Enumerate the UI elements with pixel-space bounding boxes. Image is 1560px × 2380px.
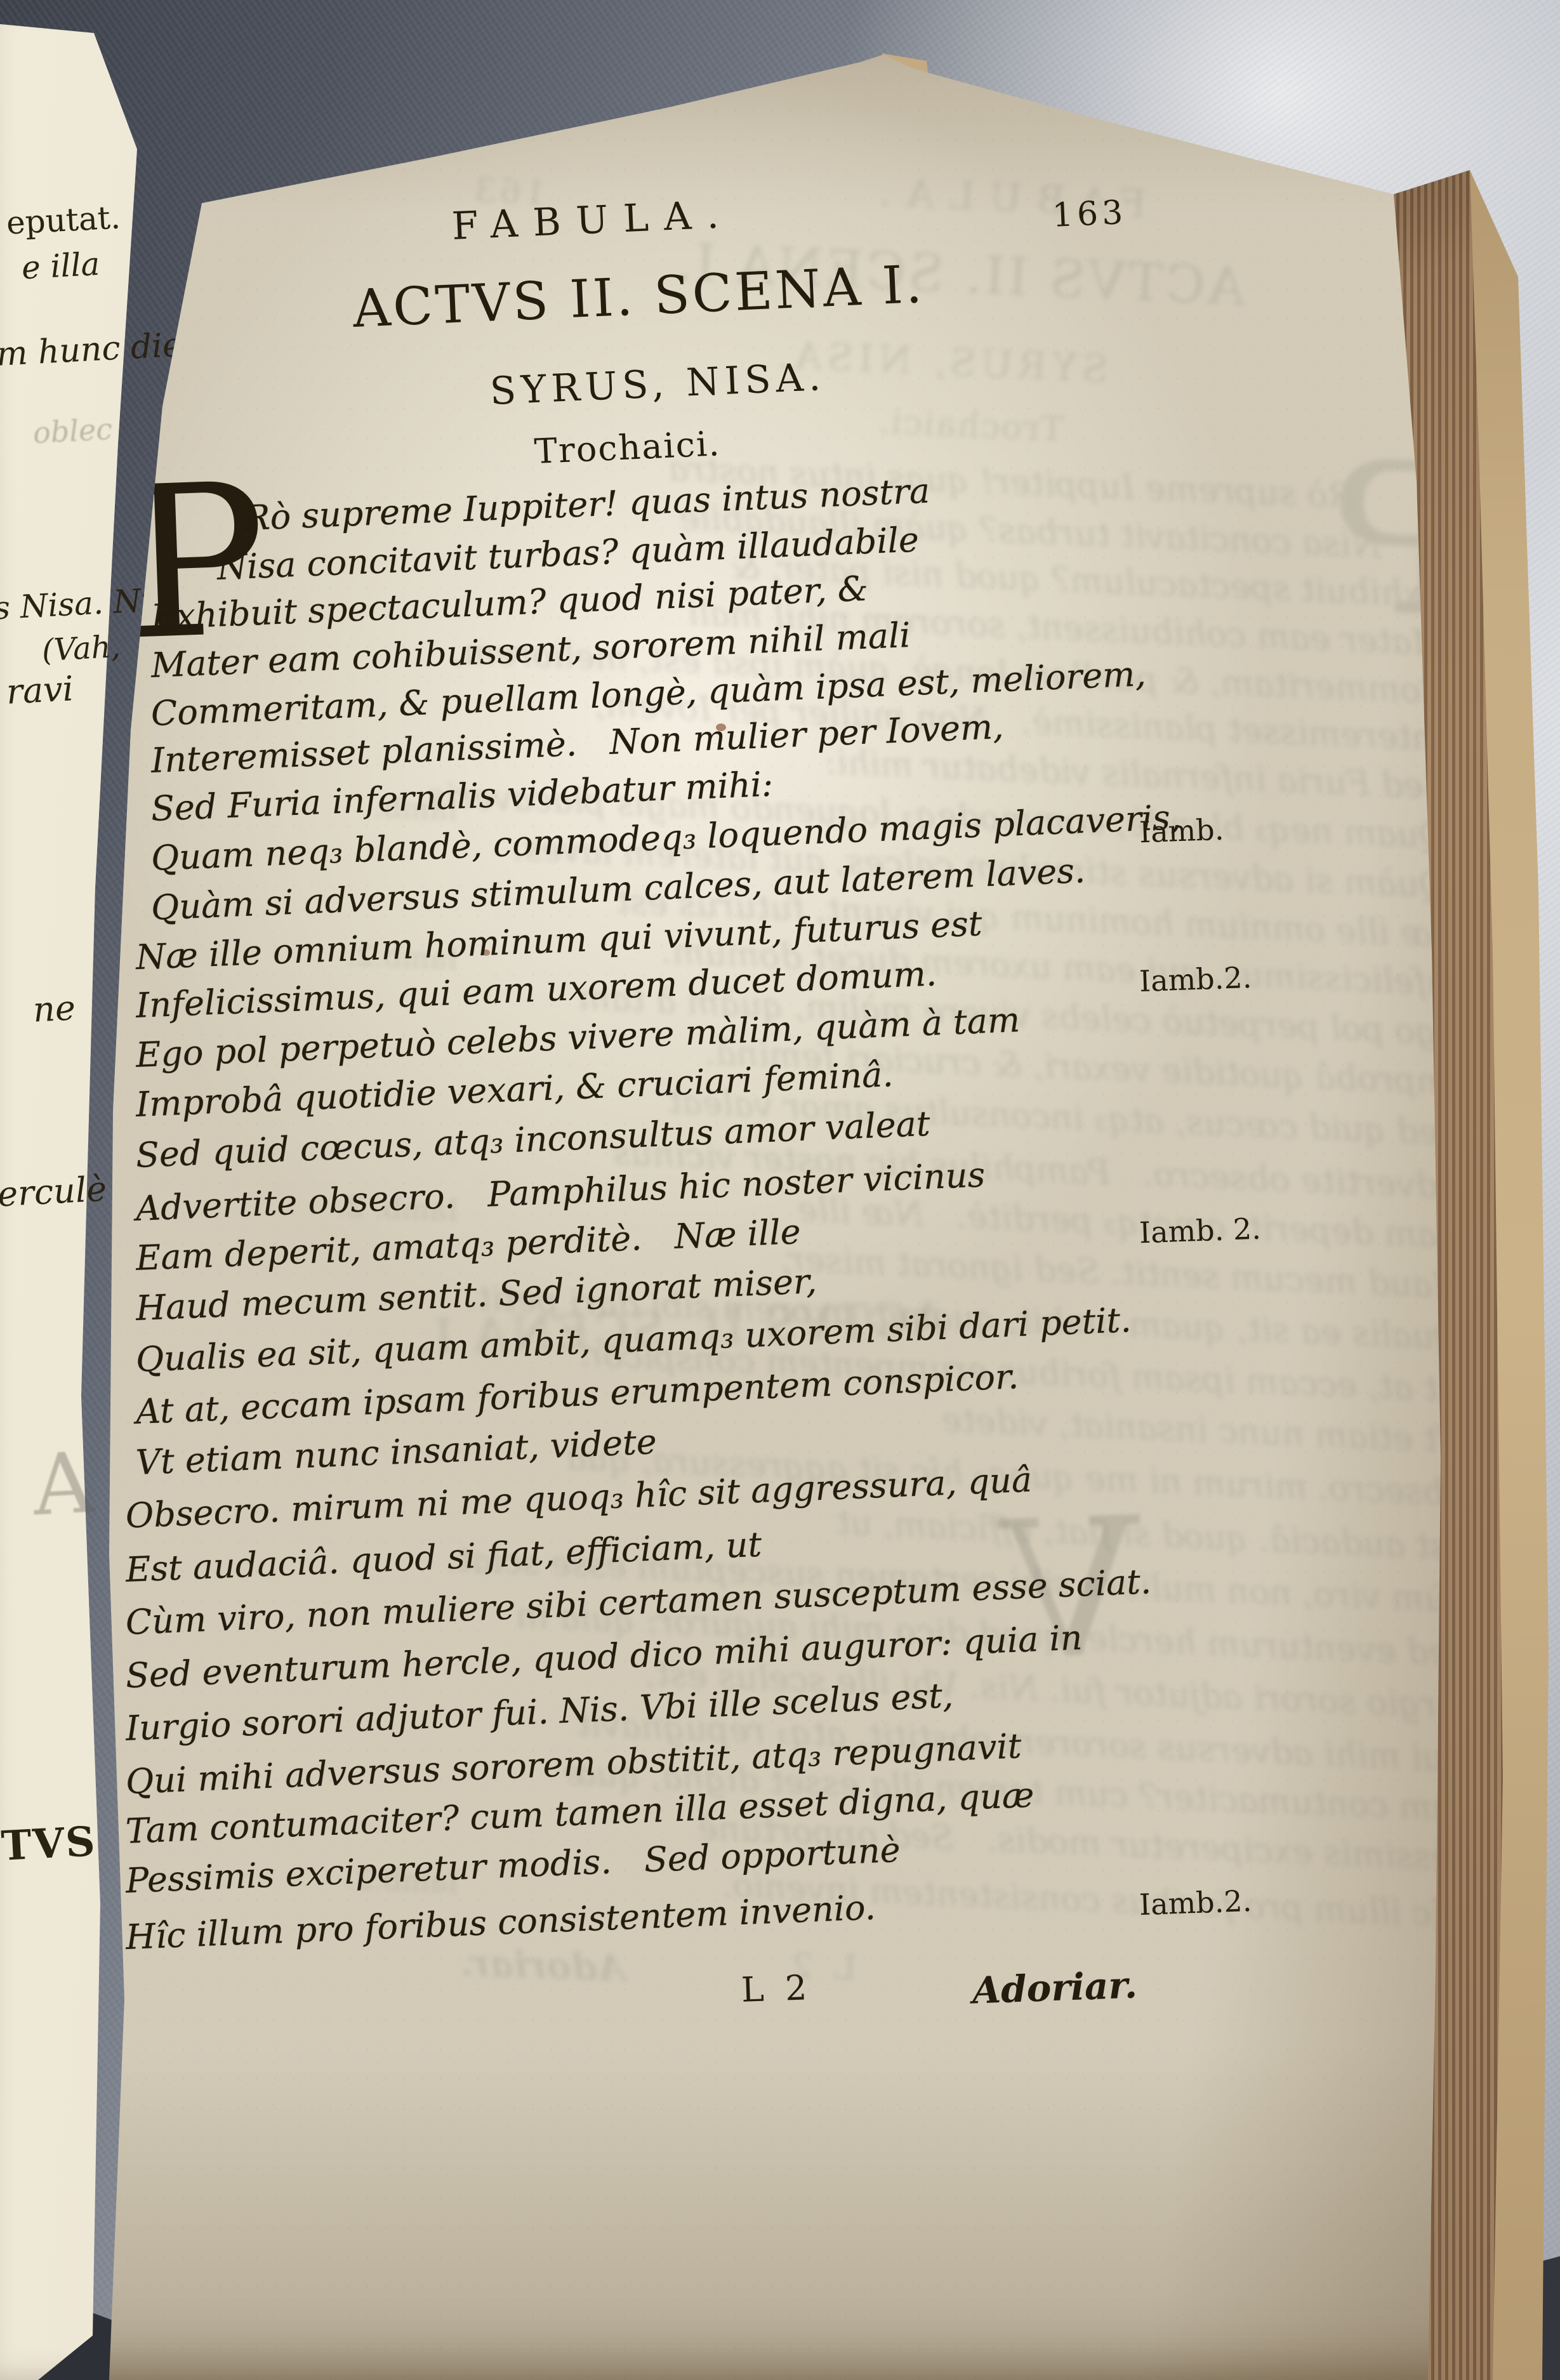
- bleed-through-ghost: FABULA. 163 ACTVS II. SCENA I. SYRUS, NI…: [38, 0, 1560, 2358]
- verse-line: Infelicissimus, qui eam uxorem ducet dom…: [135, 956, 937, 1023]
- verse-line: Interemisset planissimè. Non mulier per …: [150, 710, 1004, 778]
- verse-line: Sed eventurum hercle, quod dico mihi aug…: [125, 1620, 1083, 1693]
- bleed-through-capital: V: [999, 1476, 1144, 1702]
- verse-line: Haud mecum sentit. Sed ignorat miser,: [135, 1264, 817, 1326]
- verse-line: Improbâ quotidie vexari, & cruciari femi…: [135, 1057, 894, 1122]
- running-title: FABULA.: [451, 192, 734, 249]
- verse-line: Hîc illum pro foribus consistentem inven…: [125, 1891, 876, 1955]
- book-page: ACTVS II. SCENA I. V FABULA. 163 ACTVS I…: [0, 0, 1560, 2380]
- left-page-fragment: ne: [32, 988, 76, 1029]
- margin-note: Iamb.2.: [1139, 1884, 1252, 1922]
- verse-line: Vt etiam nunc insaniat, videte: [135, 1425, 658, 1480]
- margin-note: Iamb.2.: [1139, 960, 1252, 998]
- verse-line: Rò supreme Iuppiter! quas intus nostra: [244, 474, 930, 536]
- verse-line: Est audaciâ. quod si fiat, efficiam, ut: [125, 1528, 762, 1587]
- verse-line: Cùm viro, non muliere sibi certamen susc…: [125, 1564, 1152, 1640]
- bleed-through-heading: ACTVS II. SCENA I.: [329, 1289, 1029, 1368]
- printed-text: FABULA. 163 ACTVS II. SCENA I. SYRUS, NI…: [0, 0, 1560, 2380]
- left-page-fragment: eputat.: [6, 199, 121, 241]
- verse-line: Quàm si adversus stimulum calces, aut la…: [150, 854, 1086, 925]
- left-page-fragment: TVS: [0, 1818, 97, 1870]
- margin-note: Iamb.: [1139, 812, 1224, 850]
- verse-line: Næ ille omnium hominum qui vivunt, futur…: [135, 906, 983, 975]
- verse-line: Pessimis exciperetur modis. Sed opportun…: [125, 1833, 901, 1898]
- verse-line: Obsecro. mirum ni me quoq₃ hîc sit aggre…: [125, 1463, 1033, 1533]
- verse-line: Qualis ea sit, quam ambit, quamq₃ uxorem…: [135, 1303, 1132, 1377]
- verse-line: Exhibuit spectaculum? quod nisi pater, &: [150, 572, 869, 635]
- verse-line: Quam neq₃ blandè, commodeq₃ loquendo mag…: [150, 800, 1182, 876]
- verse-line: Mater eam cohibuissent, sororem nihil ma…: [150, 618, 911, 683]
- verse-line: Sed Furia infernalis videbatur mihi:: [150, 767, 774, 826]
- stain: [482, 949, 490, 956]
- verse-line: Nisa concitavit turbas? quàm illaudabile: [216, 523, 920, 585]
- meter-heading: Trochaici.: [534, 423, 722, 472]
- verse-line: Tam contumaciter? cum tamen illa esset d…: [125, 1778, 1034, 1849]
- characters-heading: SYRUS, NISA.: [489, 355, 826, 414]
- left-page-fragment: A: [30, 1434, 96, 1535]
- signature-mark: L 2: [741, 1967, 813, 2010]
- verse-line: Sed quid cœcus, atq₃ inconsultus amor va…: [135, 1107, 931, 1173]
- left-page-fragment: oblec: [32, 412, 113, 450]
- stain: [716, 724, 726, 731]
- photo-scene: eputat.e illam hunc diemoblecs Nisa. Nis…: [0, 0, 1560, 2380]
- left-page-fragment: e illa: [21, 246, 101, 286]
- verse-line: Advertite obsecro. Pamphilus hic noster …: [135, 1158, 986, 1226]
- verse-line: Commeritam, & puellam longè, quàm ipsa e…: [150, 657, 1147, 731]
- verse-line: Ego pol perpetuò celebs vivere màlim, qu…: [135, 1003, 1021, 1073]
- page-number: 163: [1052, 194, 1128, 235]
- margin-note: Iamb. 2.: [1139, 1212, 1262, 1250]
- verse-line: Qui mihi adversus sororem obstitit, atq₃…: [125, 1729, 1022, 1799]
- verse-line: Eam deperit, amatq₃ perditè. Næ ille: [135, 1215, 802, 1276]
- left-page-fragment: ravi: [5, 668, 74, 711]
- left-page-fragment: erculè: [0, 1169, 108, 1215]
- left-page-fragment: (Vah,: [41, 629, 122, 668]
- verse-line: Iurgio sorori adjutor fui. Nis. Vbi ille…: [125, 1679, 954, 1746]
- catchword: Adoriar.: [972, 1963, 1138, 2012]
- verse-line: At at, eccam ipsam foribus erumpentem co…: [135, 1359, 1019, 1429]
- act-scene-heading: ACTVS II. SCENA I.: [352, 255, 926, 340]
